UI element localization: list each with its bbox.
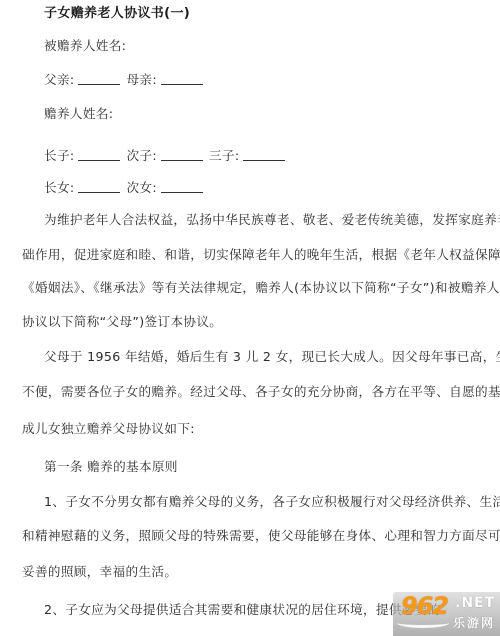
third-son-label: 三子: bbox=[209, 148, 239, 164]
clause-line: 2、子女应为父母提供适合其需要和健康状况的居住环境，提供必要的 bbox=[44, 602, 441, 618]
eldest-son-label: 长子: bbox=[44, 148, 74, 164]
clause-line: 和精神慰藉的义务，照顾父母的特殊需要，使父母能够在身体、心理和智力方面尽可能得到 bbox=[22, 528, 500, 544]
supporters-label: 赡养人姓名: bbox=[44, 106, 113, 122]
eldest-daughter-label: 长女: bbox=[44, 180, 74, 196]
second-son-label: 次子: bbox=[126, 148, 156, 164]
mother-name-blank[interactable] bbox=[161, 73, 203, 85]
sons-fields-row: 长子:次子:三子: bbox=[44, 148, 291, 164]
paragraph-line: 《婚姻法》、《继承法》等有关法律规定，赡养人(本协议以下简称“子女”)和被赡养人… bbox=[22, 280, 500, 296]
paragraph-line: 成儿女独立赡养父母协议如下: bbox=[22, 421, 195, 437]
document-title: 子女赡养老人协议书(一) bbox=[44, 6, 190, 22]
second-daughter-label: 次女: bbox=[126, 180, 156, 196]
mother-label: 母亲: bbox=[126, 72, 156, 88]
watermark-number: 962 bbox=[401, 592, 448, 620]
site-watermark: 962 .NET 乐游网 bbox=[393, 592, 500, 636]
clause-line: 妥善的照顾，幸福的生活。 bbox=[22, 564, 177, 580]
watermark-swoosh-icon bbox=[397, 618, 449, 628]
clause-line: 1、子女不分男女都有赡养父母的义务，各子女应积极履行对父母经济供养、生活照料 bbox=[44, 494, 500, 510]
eldest-son-blank[interactable] bbox=[78, 149, 120, 161]
third-son-blank[interactable] bbox=[243, 149, 285, 161]
parents-fields-row: 父亲:母亲: bbox=[44, 72, 209, 88]
paragraph-line: 不便，需要各位子女的赡养。经过父母、各子女的充分协商，各方在平等、自愿的基础上达 bbox=[22, 384, 500, 400]
second-daughter-blank[interactable] bbox=[161, 181, 203, 193]
daughters-fields-row: 长女:次女: bbox=[44, 180, 209, 196]
watermark-suffix: .NET bbox=[455, 595, 495, 611]
document-page: 子女赡养老人协议书(一) 被赡养人姓名: 父亲:母亲: 赡养人姓名: 长子:次子… bbox=[0, 0, 500, 636]
eldest-daughter-blank[interactable] bbox=[78, 181, 120, 193]
second-son-blank[interactable] bbox=[161, 149, 203, 161]
article-heading: 第一条 赡养的基本原则 bbox=[44, 459, 178, 475]
paragraph-line: 为维护老年人合法权益，弘扬中华民族尊老、敬老、爱老传统美德，发挥家庭养老的基 bbox=[44, 212, 500, 228]
father-label: 父亲: bbox=[44, 72, 74, 88]
paragraph-line: 协议以下简称“父母”)签订本协议。 bbox=[22, 314, 222, 330]
paragraph-line: 父母于 1956 年结婚，婚后生有 3 儿 2 女，现已长大成人。因父母年事已高… bbox=[44, 349, 500, 365]
father-name-blank[interactable] bbox=[78, 73, 120, 85]
watermark-site-name: 乐游网 bbox=[453, 614, 495, 631]
supported-persons-label: 被赡养人姓名: bbox=[44, 38, 126, 54]
paragraph-line: 础作用，促进家庭和睦、和谐，切实保障老年人的晚年生活，根据《老年人权益保障法》、 bbox=[22, 247, 500, 263]
